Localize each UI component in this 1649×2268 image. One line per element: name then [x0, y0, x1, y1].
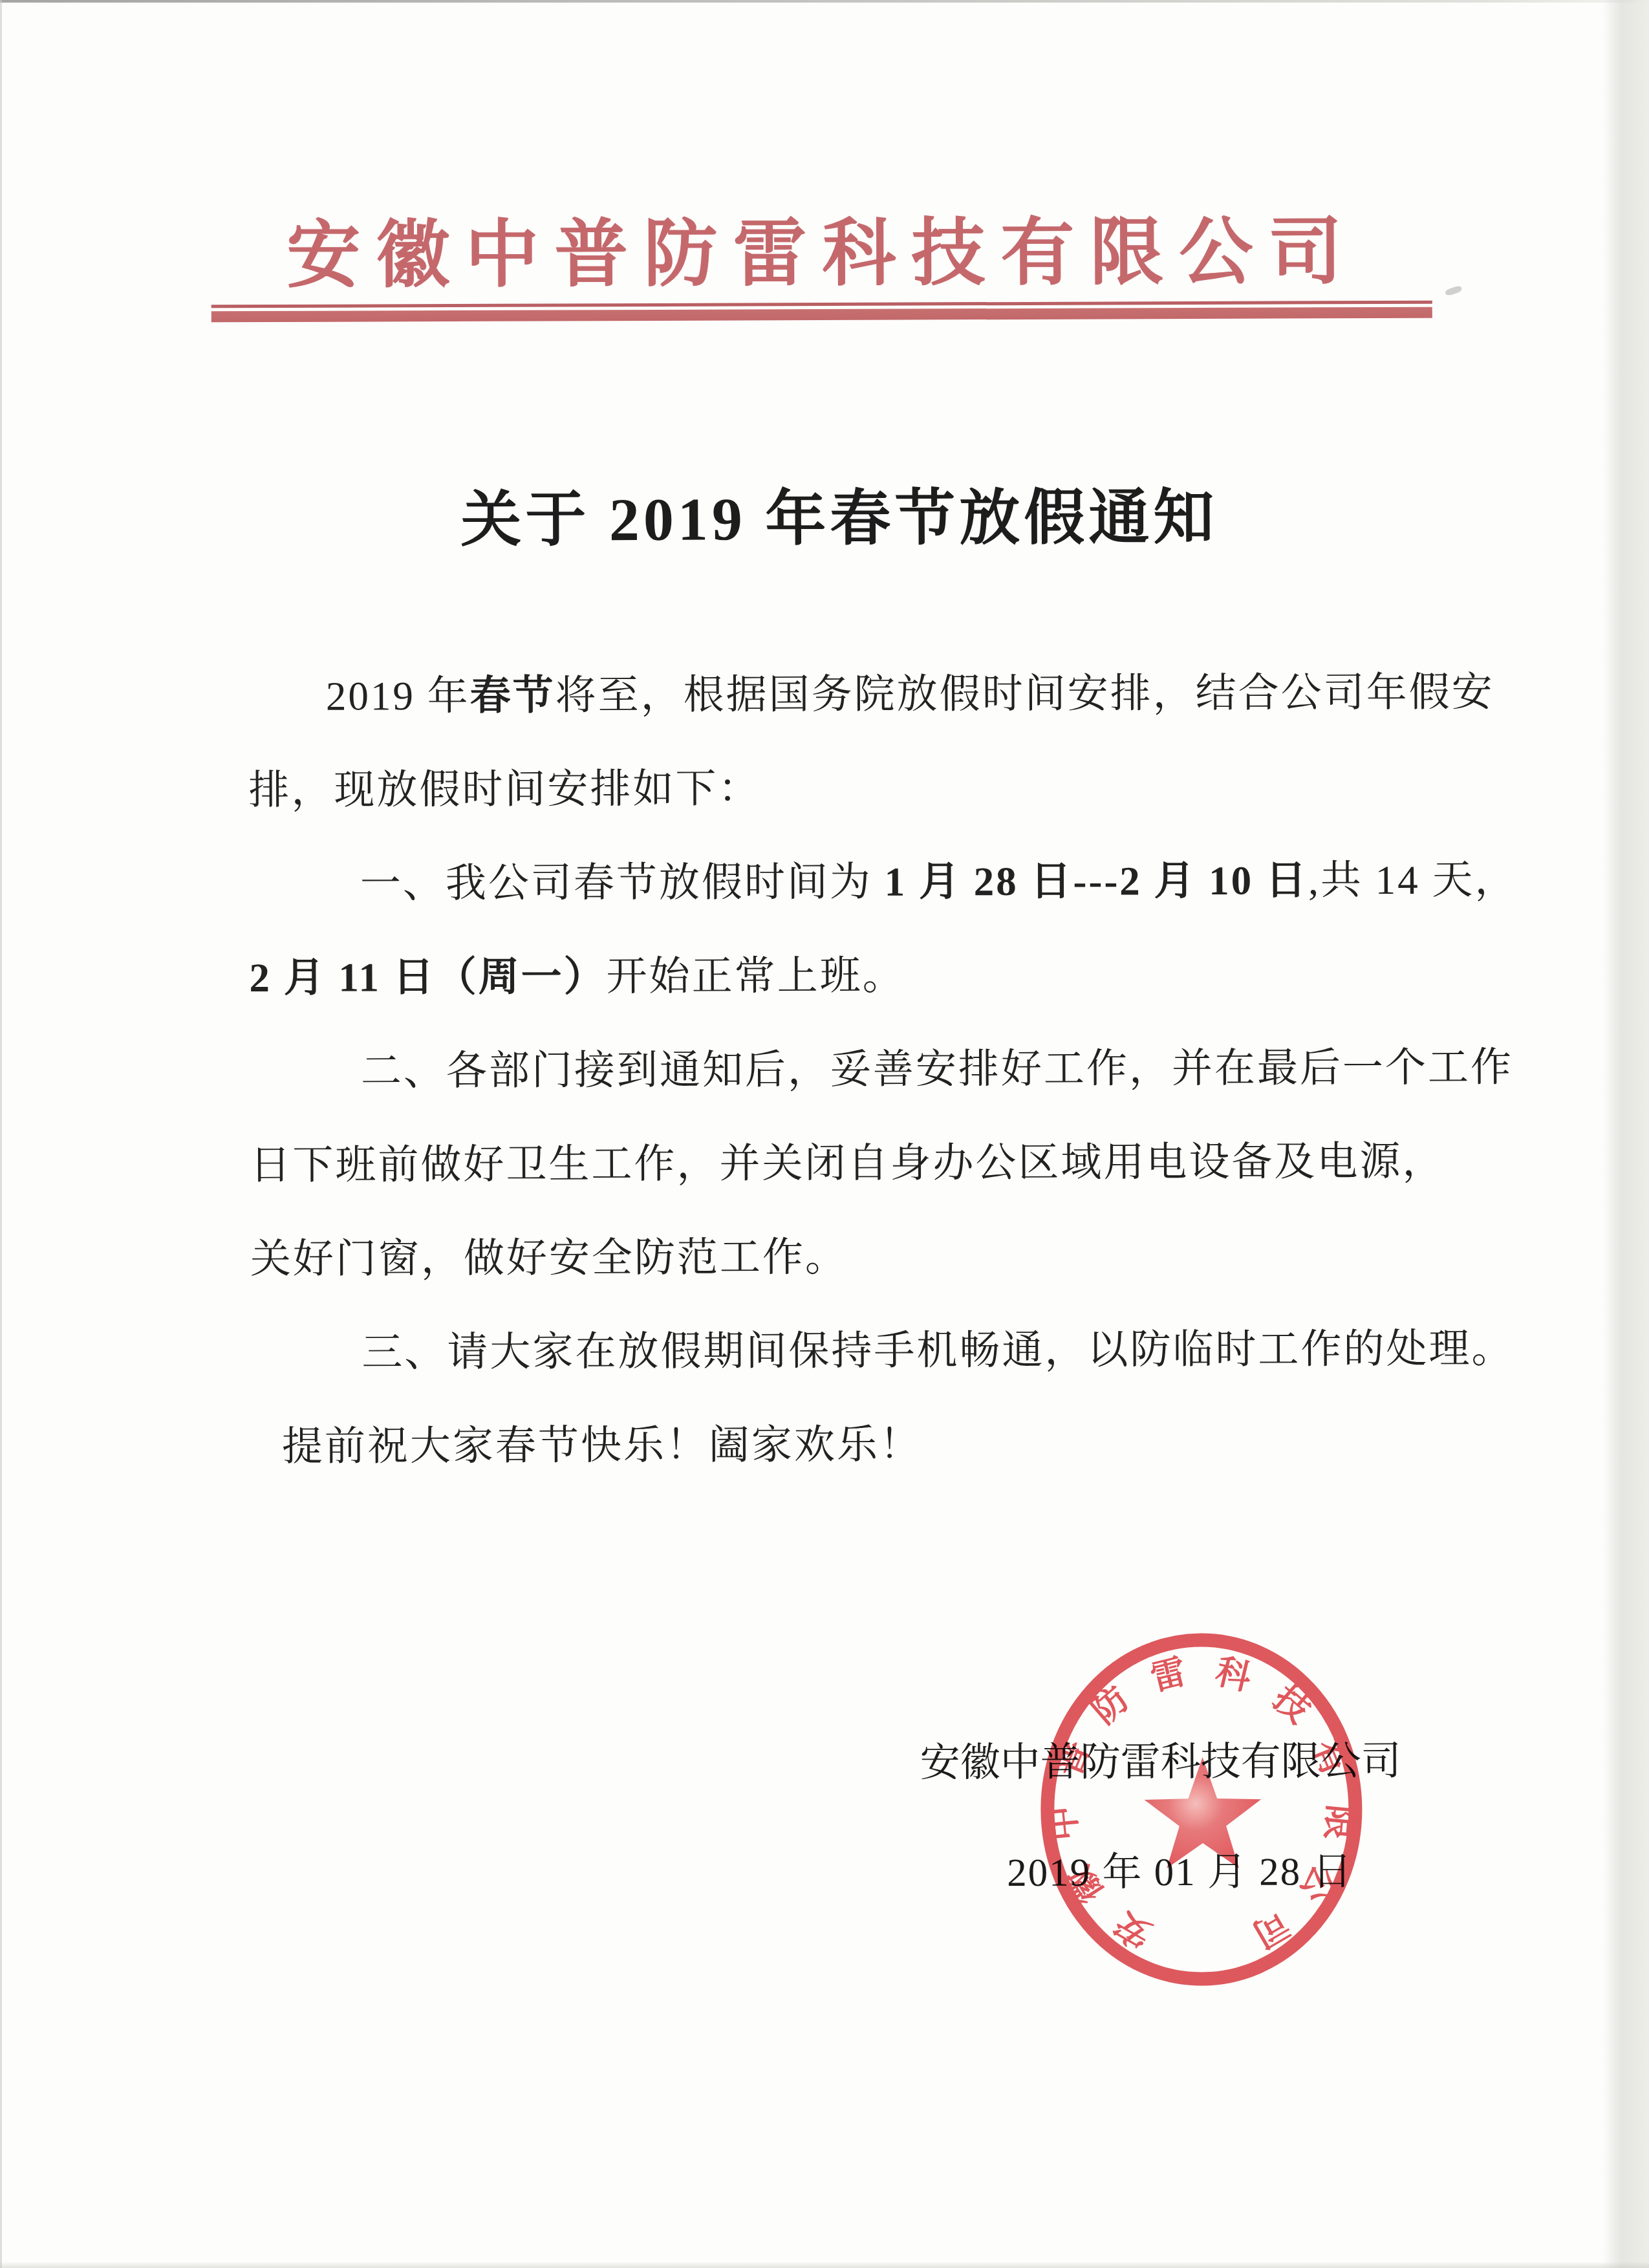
- body-line-1-rest: 将至，根据国务院放假时间安排，结合公司年假安: [555, 669, 1494, 718]
- document-page: 安徽中普防雷科技有限公司 关于 2019 年春节放假通知 2019 年春节将至，…: [0, 0, 1649, 2268]
- body-line-6-text: 日下班前做好卫生工作，并关闭自身办公区域用电设备及电源，: [250, 1139, 1445, 1188]
- body-line-4: 2 月 11 日（周一）开始正常上班。: [249, 927, 1413, 1025]
- body-line-3: 一、我公司春节放假时间为 1 月 28 日---2 月 10 日,共 14 天，: [249, 834, 1413, 931]
- letterhead-divider: [211, 301, 1432, 323]
- notice-body: 2019 年春节将至，根据国务院放假时间安排，结合公司年假安 排，现放假时间安排…: [248, 646, 1416, 1494]
- body-line-7: 关好门窗，做好安全防范工作。: [250, 1209, 1414, 1306]
- letterhead-company-name: 安徽中普防雷科技有限公司: [0, 203, 1647, 306]
- body-line-4-bold-date: 2 月 11 日（周一）: [249, 954, 607, 1000]
- seal-char: 中: [1042, 1804, 1084, 1842]
- company-seal: 安 徽 中 普 防 雷 科 技 有 限 公 司: [1033, 1628, 1370, 1991]
- body-line-7-text: 关好门窗，做好安全防范工作。: [250, 1235, 848, 1282]
- body-line-2: 排，现放假时间安排如下：: [248, 740, 1412, 837]
- body-line-5: 二、各部门接到通知后，妥善安排好工作，并在最后一个工作: [250, 1021, 1414, 1119]
- seal-char: 科: [1212, 1652, 1255, 1698]
- body-line-1-bold: 春节: [469, 673, 555, 718]
- body-line-3-text: 一、我公司春节放假时间为: [360, 859, 885, 907]
- notice-title: 关于 2019 年春节放假通知: [0, 466, 1649, 559]
- scanned-notice-page: { "document": { "kind": "company holiday…: [0, 0, 1649, 2268]
- body-line-4-rest: 开始正常上班。: [607, 953, 905, 1000]
- seal-char: 限: [1319, 1803, 1361, 1841]
- body-line-3-bold-dates: 1 月 28 日---2 月 10 日: [884, 858, 1308, 904]
- body-line-1: 2019 年春节将至，根据国务院放假时间安排，结合公司年假安: [248, 646, 1412, 744]
- star-icon: [1144, 1757, 1261, 1868]
- body-line-9: 提前祝大家春节快乐！阖家欢乐！: [251, 1396, 1415, 1494]
- body-line-5-text: 二、各部门接到通知后，妥善安排好工作，并在最后一个工作: [361, 1044, 1513, 1094]
- seal-char: 雷: [1147, 1652, 1190, 1698]
- body-line-1-text: 2019 年: [326, 673, 470, 719]
- body-line-3-rest: ,共 14 天，: [1308, 857, 1517, 903]
- body-line-2-text: 排，现放假时间安排如下：: [248, 766, 760, 813]
- body-line-8-text: 三、请大家在放假期间保持手机畅通，以防临时工作的处理。: [361, 1326, 1514, 1375]
- body-line-6: 日下班前做好卫生工作，并关闭自身办公区域用电设备及电源，: [250, 1115, 1414, 1213]
- body-line-8: 三、请大家在放假期间保持手机畅通，以防临时工作的处理。: [250, 1302, 1414, 1400]
- body-line-9-text: 提前祝大家春节快乐！阖家欢乐！: [282, 1421, 922, 1469]
